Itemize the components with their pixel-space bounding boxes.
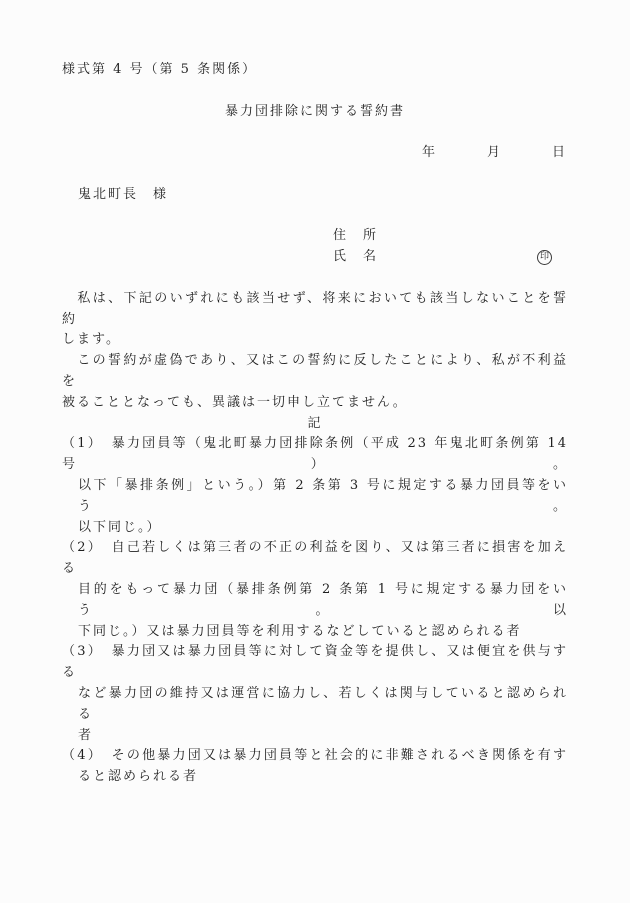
item-line: 以下「暴排条例」という。）第 2 条第 3 号に規定する暴力団員等をいう。 [62, 476, 568, 518]
seal-mark: 印 [537, 250, 552, 265]
item-line: 下同じ。）又は暴力団員等を利用するなどしていると認められる者 [62, 622, 568, 643]
sender-name-row: 氏 名 印 [333, 247, 568, 268]
item-line: ると認められる者 [62, 767, 568, 788]
paragraph-line: この誓約が虚偽であり、又はこの誓約に反したことにより、私が不利益を [62, 351, 568, 393]
pledge-paragraph-1: 私は、下記のいずれにも該当せず、将来においても該当しないことを誓約 します。 [62, 289, 568, 351]
paragraph-line: 被ることとなっても、異議は一切申し立てません。 [62, 393, 568, 414]
addressee: 鬼北町長 様 [62, 185, 568, 206]
item-line: （1） 暴力団員等（鬼北町暴力団排除条例（平成 23 年鬼北町条例第 14 号）… [62, 434, 568, 476]
list-heading: 記 [62, 414, 568, 435]
list-item-4: （4） その他暴力団又は暴力団員等と社会的に非難されるべき関係を有す ると認めら… [62, 746, 568, 788]
list-item-1: （1） 暴力団員等（鬼北町暴力団排除条例（平成 23 年鬼北町条例第 14 号）… [62, 434, 568, 538]
sender-address-row: 住 所 [333, 226, 568, 247]
list-item-2: （2） 自己若しくは第三者の不正の利益を図り、又は第三者に損害を加える 目的をも… [62, 538, 568, 642]
document-page: 様式第 4 号（第 5 条関係） 暴力団排除に関する誓約書 年 月 日 鬼北町長… [0, 0, 630, 903]
sender-block: 住 所 氏 名 印 [333, 226, 568, 268]
item-line: など暴力団の維持又は運営に協力し、若しくは関与していると認められる [62, 684, 568, 726]
item-line: （4） その他暴力団又は暴力団員等と社会的に非難されるべき関係を有す [62, 746, 568, 767]
list-item-3: （3） 暴力団又は暴力団員等に対して資金等を提供し、又は便宜を供与する など暴力… [62, 642, 568, 746]
date-line: 年 月 日 [62, 143, 568, 164]
item-line: （2） 自己若しくは第三者の不正の利益を図り、又は第三者に損害を加える [62, 538, 568, 580]
pledge-paragraph-2: この誓約が虚偽であり、又はこの誓約に反したことにより、私が不利益を 被ることとな… [62, 351, 568, 413]
item-line: （3） 暴力団又は暴力団員等に対して資金等を提供し、又は便宜を供与する [62, 642, 568, 684]
page-title: 暴力団排除に関する誓約書 [62, 102, 568, 123]
item-line: 者 [62, 726, 568, 747]
name-label: 氏 名 [333, 249, 378, 264]
address-label: 住 所 [333, 228, 378, 243]
paragraph-line: 私は、下記のいずれにも該当せず、将来においても該当しないことを誓約 [62, 289, 568, 331]
form-number: 様式第 4 号（第 5 条関係） [62, 60, 568, 81]
date-year-label: 年 [422, 143, 435, 164]
paragraph-line: します。 [62, 330, 568, 351]
item-line: 目的をもって暴力団（暴排条例第 2 条第 1 号に規定する暴力団をいう。以 [62, 580, 568, 622]
item-line: 以下同じ。） [62, 518, 568, 539]
date-day-label: 日 [552, 143, 565, 164]
date-month-label: 月 [487, 143, 500, 164]
